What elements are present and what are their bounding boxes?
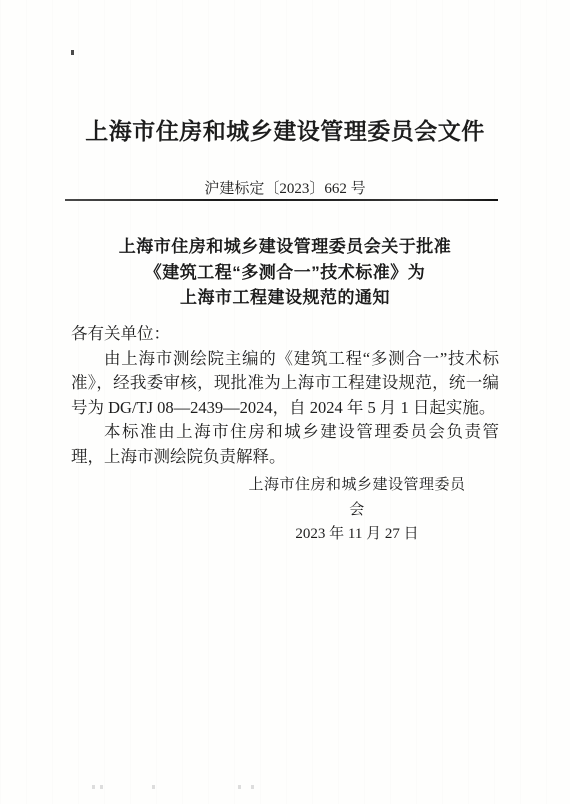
notice-title-line-2: 《建筑工程“多测合一”技术标准》为 [35,260,535,286]
notice-title-line-3: 上海市工程建设规范的通知 [35,285,535,311]
signer-name: 上海市住房和城乡建设管理委员会 [247,473,467,522]
body-paragraph-1: 由上海市测绘院主编的《建筑工程“多测合一”技术标准》，经我委审核，现批准为上海市… [71,347,499,421]
scan-artifact [238,785,241,789]
agency-header-title: 上海市住房和城乡建设管理委员会文件 [0,113,570,146]
document-number: 沪建标定〔2023〕662 号 [0,177,570,198]
signature-date: 2023 年 11 月 27 日 [247,522,467,547]
signature-block: 上海市住房和城乡建设管理委员会 2023 年 11 月 27 日 [247,473,467,547]
scan-artifact [100,785,103,789]
header-divider-rule [65,199,498,201]
notice-title-line-1: 上海市住房和城乡建设管理委员会关于批准 [35,234,535,260]
scan-artifact [71,50,74,55]
salutation: 各有关单位： [71,322,499,347]
scan-artifact [251,785,254,789]
body-paragraph-2: 本标准由上海市住房和城乡建设管理委员会负责管理，上海市测绘院负责解释。 [71,420,499,469]
notice-body: 各有关单位： 由上海市测绘院主编的《建筑工程“多测合一”技术标准》，经我委审核，… [71,322,499,470]
notice-title: 上海市住房和城乡建设管理委员会关于批准 《建筑工程“多测合一”技术标准》为 上海… [35,234,535,311]
scan-artifact [152,785,155,789]
scan-artifact [92,785,95,789]
scanned-document-page: 上海市住房和城乡建设管理委员会文件 沪建标定〔2023〕662 号 上海市住房和… [0,0,570,804]
